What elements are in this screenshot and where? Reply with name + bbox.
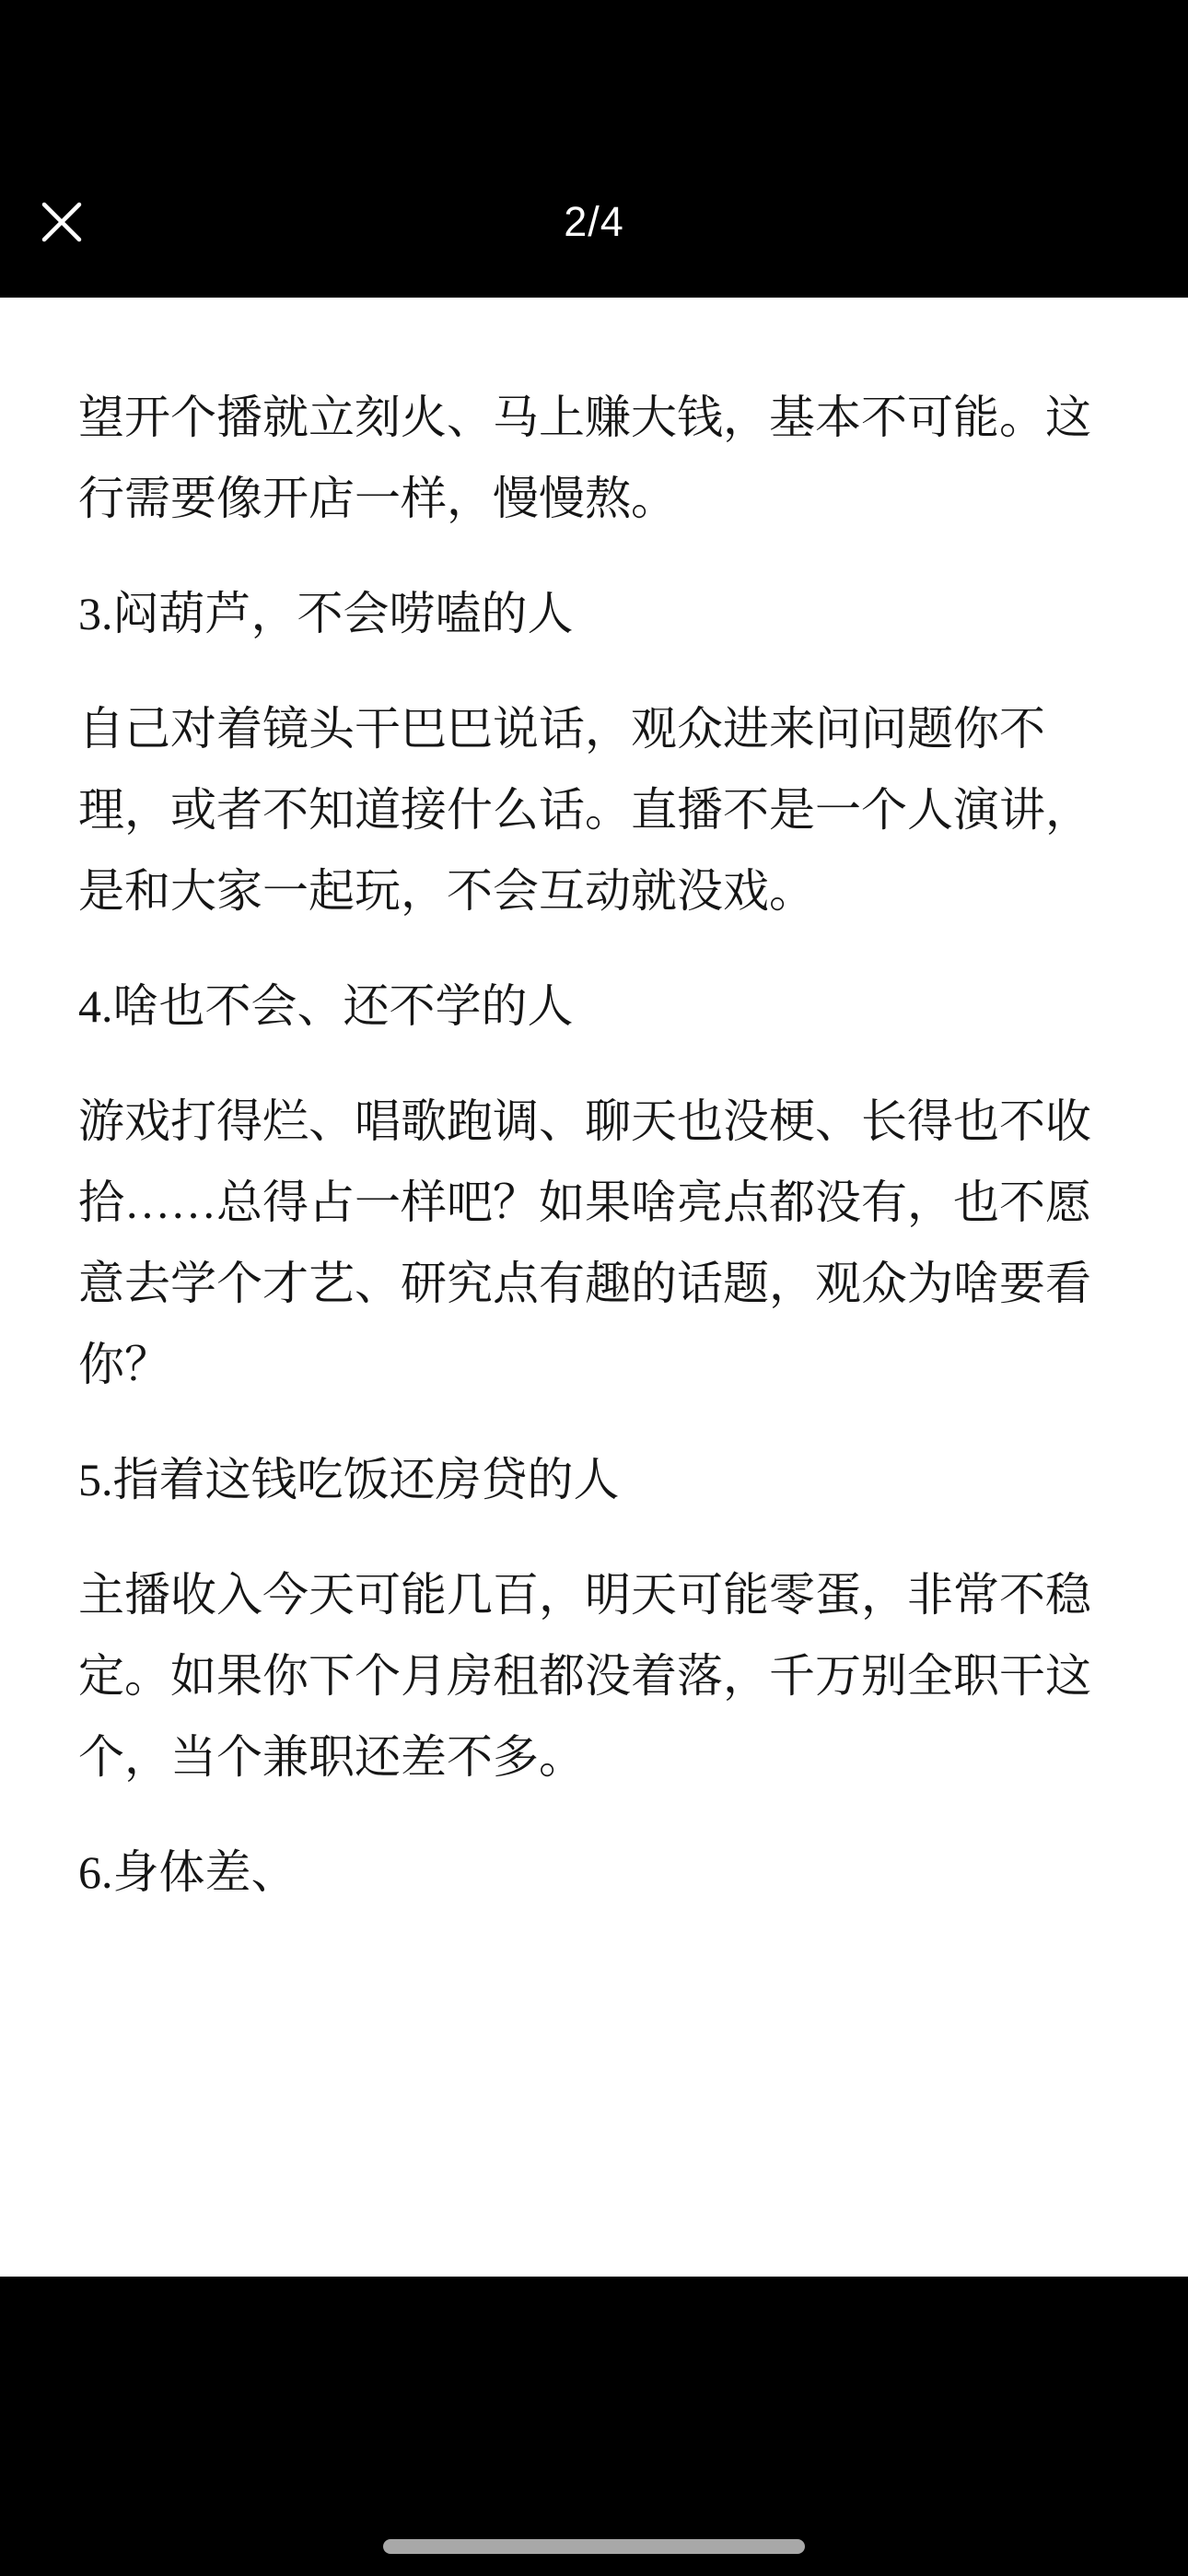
paragraph: 主播收入今天可能几百，明天可能零蛋，非常不稳定。如果你下个月房租都没着落，千万别… [78,1554,1096,1797]
paragraph: 游戏打得烂、唱歌跑调、聊天也没梗、长得也不收拾……总得占一样吧？如果啥亮点都没有… [78,1081,1096,1405]
section-heading: 6.身体差、 [78,1832,1096,1913]
page-content[interactable]: 望开个播就立刻火、马上赚大钱，基本不可能。这行需要像开店一样，慢慢熬。 3.闷葫… [0,298,1188,2277]
section-heading: 5.指着这钱吃饭还房贷的人 [78,1439,1096,1520]
viewer-header: 2/4 [0,0,1188,298]
section-heading: 3.闷葫芦，不会唠嗑的人 [78,573,1096,654]
viewer-footer [0,2277,1188,2576]
image-text-viewer-screen: 2/4 望开个播就立刻火、马上赚大钱，基本不可能。这行需要像开店一样，慢慢熬。 … [0,0,1188,2576]
section-heading: 4.啥也不会、还不学的人 [78,966,1096,1047]
page-indicator: 2/4 [0,196,1188,248]
paragraph: 望开个播就立刻火、马上赚大钱，基本不可能。这行需要像开店一样，慢慢熬。 [78,377,1096,539]
paragraph: 自己对着镜头干巴巴说话，观众进来问问题你不理，或者不知道接什么话。直播不是一个人… [78,688,1096,931]
home-indicator[interactable] [383,2539,805,2554]
